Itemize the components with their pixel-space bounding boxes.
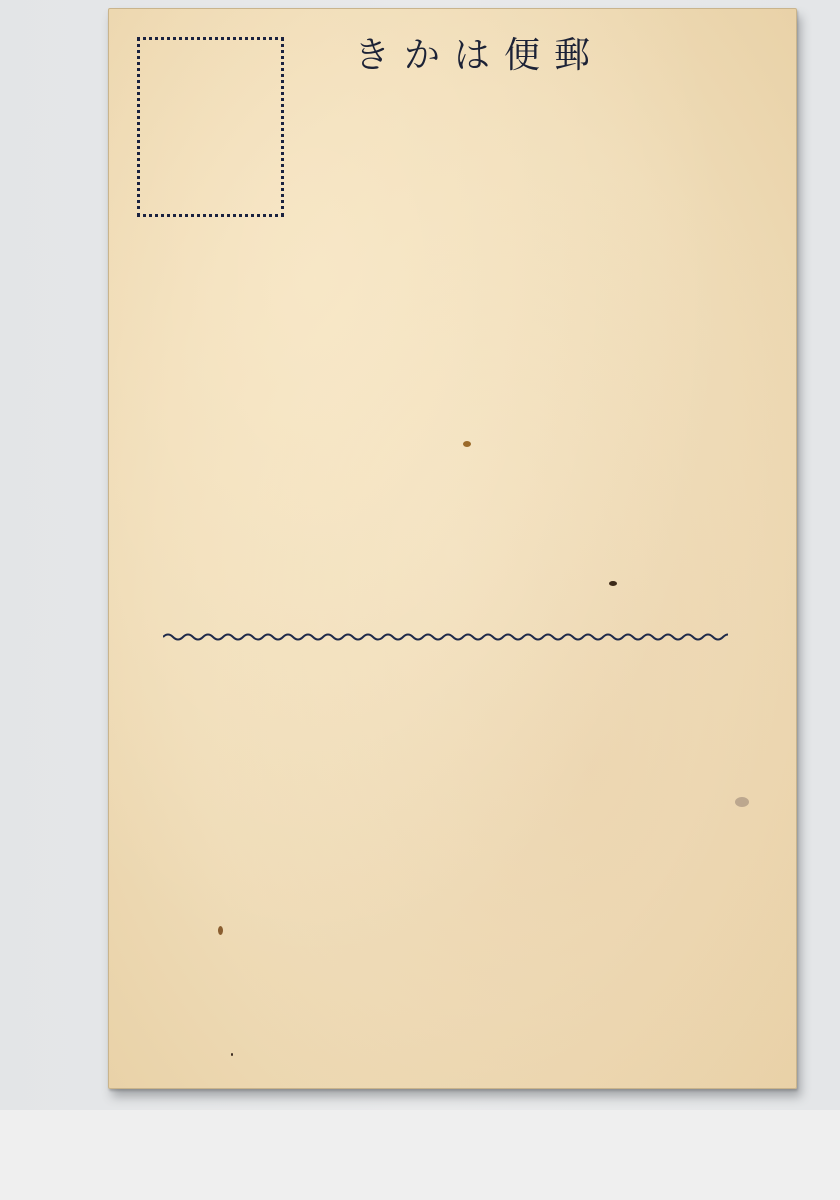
stain-spot [231,1053,233,1056]
wavy-divider-line [163,631,728,643]
postcard-back: きかは便郵 [108,8,797,1089]
postcard-title: きかは便郵 [354,27,594,78]
stain-spot [218,926,223,935]
stain-spot [609,581,617,586]
stain-spot [463,441,471,447]
stamp-placement-box [137,37,284,217]
smudge [735,797,749,807]
